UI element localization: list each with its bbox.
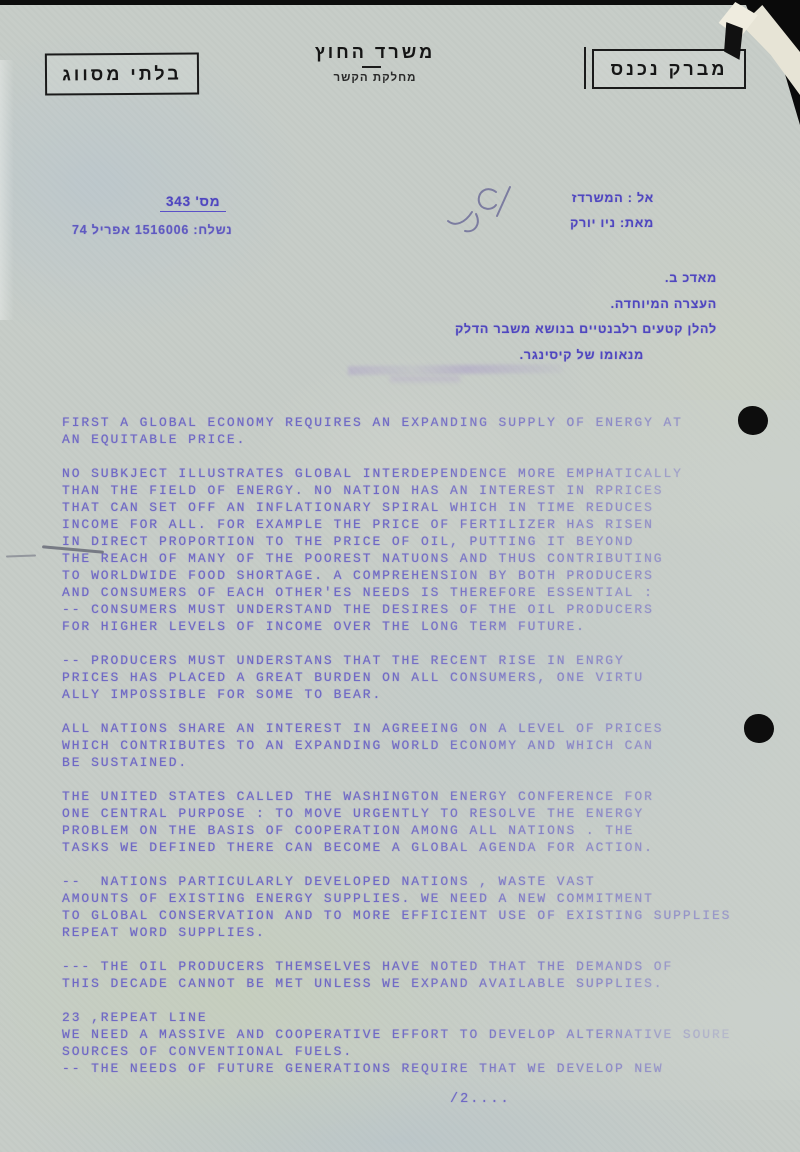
- body-line: WE NEED A MASSIVE AND COOPERATIVE EFFORT…: [62, 1026, 731, 1043]
- body-line: IN DIRECT PROPORTION TO THE PRICE OF OIL…: [62, 533, 731, 550]
- body-line: FOR HIGHER LEVELS OF INCOME OVER THE LON…: [62, 618, 731, 635]
- body-paragraph: ALL NATIONS SHARE AN INTEREST IN AGREEIN…: [62, 720, 731, 771]
- body-line: THE UNITED STATES CALLED THE WASHINGTON …: [62, 788, 731, 805]
- body-paragraph: FIRST A GLOBAL ECONOMY REQUIRES AN EXPAN…: [62, 414, 731, 448]
- body-line: 23 ,REPEAT LINE: [62, 1009, 731, 1026]
- body-line: THE REACH OF MANY OF THE POOREST NATUONS…: [62, 550, 731, 567]
- body-line: AND CONSUMERS OF EACH OTHER'ES NEEDS IS …: [62, 584, 731, 601]
- body-line: SOURCES OF CONVENTIONAL FUELS.: [62, 1043, 731, 1060]
- body-line: PRICES HAS PLACED A GREAT BURDEN ON ALL …: [62, 669, 731, 686]
- classification-stamp-label: בלתי מסווג: [62, 63, 182, 85]
- sent-timestamp: נשלח: 1516006 אפריל 74: [72, 223, 232, 237]
- punch-hole-bottom: [744, 714, 774, 743]
- scan-left-edge-highlight: [0, 60, 14, 320]
- classification-stamp: בלתי מסווג: [45, 52, 199, 95]
- to-line: אל : המשרדז: [572, 191, 654, 205]
- punch-hole-top: [738, 406, 768, 435]
- body-line: -- NATIONS PARTICULARLY DEVELOPED NATION…: [62, 873, 731, 890]
- body-line: PROBLEM ON THE BASIS OF COOPERATION AMON…: [62, 822, 731, 839]
- body-line: ONE CENTRAL PURPOSE : TO MOVE URGENTLY T…: [62, 805, 731, 822]
- scan-top-edge: [0, 0, 800, 5]
- pencil-dash-mark: [6, 554, 36, 557]
- body-line: BE SUSTAINED.: [62, 754, 731, 771]
- hebrew-note-line: מאדכ ב.: [455, 266, 717, 292]
- faded-stamp-smudge-2: [390, 376, 460, 382]
- body-line: NO SUBKJECT ILLUSTRATES GLOBAL INTERDEPE…: [62, 465, 731, 482]
- body-line: ALL NATIONS SHARE AN INTEREST IN AGREEIN…: [62, 720, 731, 737]
- body-paragraph: -- NATIONS PARTICULARLY DEVELOPED NATION…: [62, 873, 731, 941]
- department-subtitle: מחלקת הקשר: [310, 72, 440, 84]
- body-paragraph: THE UNITED STATES CALLED THE WASHINGTON …: [62, 788, 731, 856]
- scanned-telegram-page: בלתי מסווג משרד החוץ מחלקת הקשר מברק נכנ…: [0, 0, 800, 1152]
- hebrew-note-line: להלן קטעים רלבנטיים בנושא משבר הדלק: [455, 317, 717, 343]
- body-line: -- CONSUMERS MUST UNDERSTAND THE DESIRES…: [62, 601, 731, 618]
- body-line: WHICH CONTRIBUTES TO AN EXPANDING WORLD …: [62, 737, 731, 754]
- body-line: AN EQUITABLE PRICE.: [62, 431, 731, 448]
- page-continuation-indicator: /2....: [450, 1092, 511, 1107]
- body-line: THAN THE FIELD OF ENERGY. NO NATION HAS …: [62, 482, 731, 499]
- incoming-stamp-edge-line: [584, 47, 586, 89]
- body-paragraph: -- PRODUCERS MUST UNDERSTANS THAT THE RE…: [62, 652, 731, 703]
- body-line: REPEAT WORD SUPPLIES.: [62, 924, 731, 941]
- body-line: TASKS WE DEFINED THERE CAN BECOME A GLOB…: [62, 839, 731, 856]
- hebrew-notes: מאדכ ב.העצרה המיוחדה.להלן קטעים רלבנטיים…: [455, 266, 717, 368]
- body-line: --- THE OIL PRODUCERS THEMSELVES HAVE NO…: [62, 958, 731, 975]
- incoming-telegram-stamp: מברק נכנס: [592, 49, 746, 89]
- from-line: מאת: ניו יורק: [570, 216, 654, 230]
- hebrew-note-line: העצרה המיוחדה.: [455, 292, 717, 318]
- body-line: INCOME FOR ALL. FOR EXAMPLE THE PRICE OF…: [62, 516, 731, 533]
- title-divider-dash: [362, 66, 381, 68]
- body-paragraph: 23 ,REPEAT LINEWE NEED A MASSIVE AND COO…: [62, 1009, 731, 1077]
- body-line: AMOUNTS OF EXISTING ENERGY SUPPLIES. WE …: [62, 890, 731, 907]
- body-paragraph: NO SUBKJECT ILLUSTRATES GLOBAL INTERDEPE…: [62, 465, 731, 635]
- body-line: ALLY IMPOSSIBLE FOR SOME TO BEAR.: [62, 686, 731, 703]
- body-line: THAT CAN SET OFF AN INFLATIONARY SPIRAL …: [62, 499, 731, 516]
- body-paragraph: --- THE OIL PRODUCERS THEMSELVES HAVE NO…: [62, 958, 731, 992]
- body-line: -- THE NEEDS OF FUTURE GENERATIONS REQUI…: [62, 1060, 731, 1077]
- telegram-number: מס' 343: [160, 194, 226, 212]
- body-text: FIRST A GLOBAL ECONOMY REQUIRES AN EXPAN…: [62, 414, 731, 1094]
- body-line: THIS DECADE CANNOT BE MET UNLESS WE EXPA…: [62, 975, 731, 992]
- body-line: FIRST A GLOBAL ECONOMY REQUIRES AN EXPAN…: [62, 414, 731, 431]
- ministry-title: משרד החוץ: [300, 42, 450, 63]
- body-line: TO WORLDWIDE FOOD SHORTAGE. A COMPREHENS…: [62, 567, 731, 584]
- handwritten-annotation: [438, 182, 520, 244]
- incoming-telegram-stamp-label: מברק נכנס: [611, 59, 728, 80]
- body-line: -- PRODUCERS MUST UNDERSTANS THAT THE RE…: [62, 652, 731, 669]
- body-line: TO GLOBAL CONSERVATION AND TO MORE EFFIC…: [62, 907, 731, 924]
- faded-stamp-smudge: [348, 364, 563, 375]
